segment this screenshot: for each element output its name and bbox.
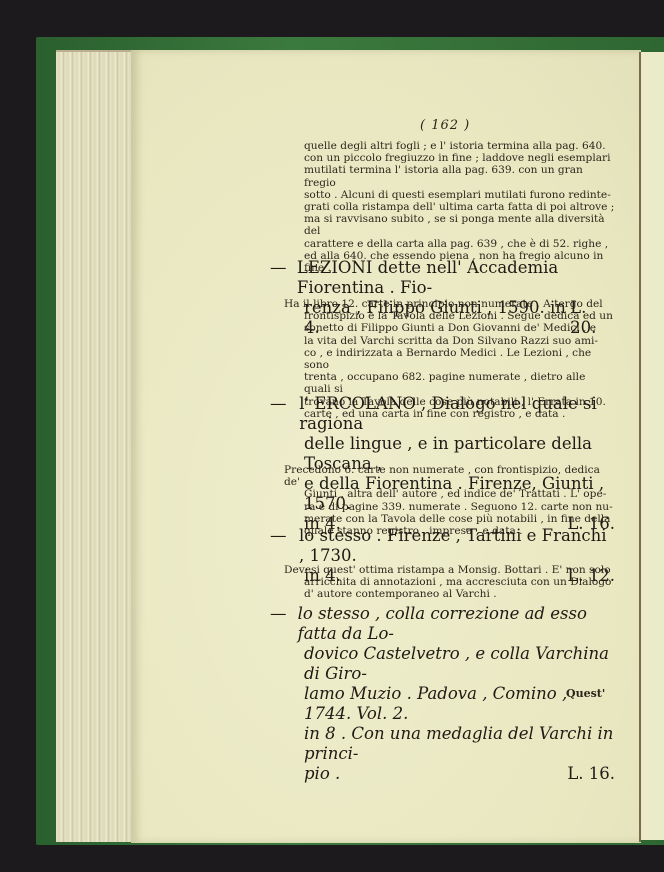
- price: L. 16.: [567, 764, 615, 784]
- title-line: pio . L. 16.: [270, 764, 615, 784]
- note-line: ra è di pagine 339. numerate . Seguono 1…: [270, 501, 615, 513]
- entry-dash: —: [270, 526, 299, 566]
- text-line: carattere e della carta alla pag. 639 , …: [270, 238, 615, 250]
- continuation-paragraph: quelle degli altri fogli ; e l' istoria …: [270, 140, 615, 274]
- note-line: sonetto di Filippo Giunti a Don Giovanni…: [270, 322, 615, 334]
- catchword: Quest': [566, 687, 605, 700]
- entry-dash: —: [270, 394, 299, 434]
- title-text: pio .: [304, 764, 340, 784]
- entry-stesso-1744-title: — lo stesso , colla correzione ad esso f…: [270, 604, 615, 784]
- note-line: frontispizio è la Tavola delle Lezioni .…: [270, 310, 615, 322]
- note-line: Giunti , altra dell' autore , ed indice …: [270, 488, 615, 500]
- text-line: con un piccolo fregiuzzo in fine ; laddo…: [270, 152, 615, 164]
- text-line: grati colla ristampa dell' ultima carta …: [270, 201, 615, 213]
- note-line: d' autore contemporaneo al Varchi .: [270, 588, 615, 600]
- note-line: la vita del Varchi scritta da Don Silvan…: [270, 335, 615, 347]
- title-text: in 8 . Con una medaglia del Varchi in pr…: [270, 724, 615, 764]
- title-line: — l' ERCOLANO , Dialogo nel quale si rag…: [270, 394, 615, 434]
- note-line: co , e indirizzata a Bernardo Medici . L…: [270, 347, 615, 371]
- entry-dash: —: [270, 604, 298, 644]
- note-line: Devesi quest' ottima ristampa a Monsig. …: [270, 564, 615, 576]
- text-line: quelle degli altri fogli ; e l' istoria …: [270, 140, 615, 152]
- note-line: Precedono 6. carte non numerate , con fr…: [270, 464, 615, 488]
- text-line: sotto . Alcuni di questi esemplari mutil…: [270, 189, 615, 201]
- text-line: ma si ravvisano subito , se si ponga men…: [270, 213, 615, 237]
- note-line: Ha il libro 12. carte in principio non n…: [270, 298, 615, 310]
- title-text: lo stesso , colla correzione ad esso fat…: [298, 604, 615, 644]
- text-line: mutilati termina l' istoria alla pag. 63…: [270, 164, 615, 188]
- page-number: ( 162 ): [420, 118, 470, 133]
- entry-stesso-1730-note: Devesi quest' ottima ristampa a Monsig. …: [270, 564, 615, 601]
- note-line: merate con la Tavola delle cose più nota…: [270, 513, 615, 525]
- facing-page-edge: [641, 52, 664, 840]
- title-text: l' ERCOLANO , Dialogo nel quale si ragio…: [299, 394, 615, 434]
- title-text: dovico Castelvetro , e colla Varchina di…: [270, 644, 615, 684]
- title-text: lamo Muzio . Padova , Comino , 1744. Vol…: [270, 684, 615, 724]
- note-line: arricchita di annotazioni , ma accresciu…: [270, 576, 615, 588]
- entry-dash: —: [270, 258, 297, 298]
- title-text: lo stesso . Firenze , Tartini e Franchi …: [299, 526, 615, 566]
- note-line: trenta , occupano 682. pagine numerate ,…: [270, 371, 615, 395]
- title-text: LEZIONI dette nell' Accademia Fiorentina…: [297, 258, 615, 298]
- page-edges-stack: [56, 50, 136, 842]
- title-line: — lo stesso , colla correzione ad esso f…: [270, 604, 615, 644]
- title-line: — lo stesso . Firenze , Tartini e Franch…: [270, 526, 615, 566]
- title-line: — LEZIONI dette nell' Accademia Fiorenti…: [270, 258, 615, 298]
